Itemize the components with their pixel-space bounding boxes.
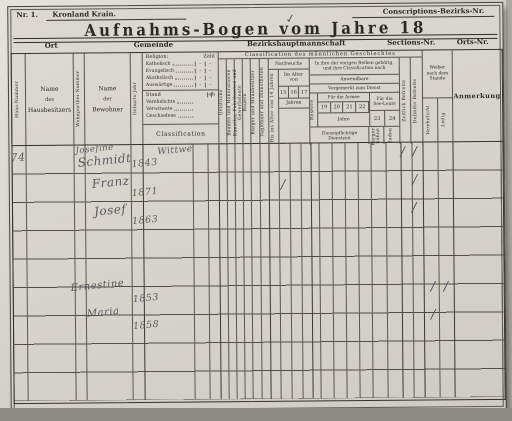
weiber-title: Weiber nach dem Stande	[423, 50, 452, 98]
weiber-ledig-col: Ledig	[438, 98, 453, 141]
stand-box: Stand ab Verehelichte Verwitwete Geschie…	[143, 90, 218, 125]
tally-tick: /	[431, 280, 436, 293]
armee-age-cells: 19 20 21 22	[318, 102, 369, 113]
ort-label: Ort	[13, 40, 90, 51]
body-column-line	[143, 145, 195, 400]
table-body: 74 Josefine Schmidt 1843 Wittwe Franz 18…	[12, 142, 504, 401]
religion-zahl-label: Zahl	[203, 53, 214, 59]
census-form-sheet: Nr. 1. Kronland Krain. Conscriptions-Bez…	[7, 2, 507, 414]
tally-tick: /	[444, 280, 449, 293]
age-cell: 16	[289, 87, 300, 98]
religion-box: Religion: Zahl Katholisch–– Evangelisch–…	[143, 52, 218, 91]
tally-tick: /	[400, 146, 405, 159]
juden-col: Juden	[384, 127, 399, 144]
armee-label: Für die Armee	[318, 93, 369, 102]
census-table: Haus-Nummer Name des Hausbesitzers Wohnp…	[11, 49, 506, 404]
jahren-label: Jahren	[279, 99, 310, 109]
bezirkshauptmannschaft-label: Bezirkshauptmannschaft	[217, 38, 376, 49]
handwritten-house-number: 74	[10, 150, 26, 164]
anmerkung-header: Anmerkung	[453, 50, 502, 141]
orts-nr-label: Orts-Nr.	[447, 37, 499, 47]
weiber-block: Weiber nach dem Stande Verehelicht Ledig	[423, 50, 454, 141]
classification-footer-label: Classification	[143, 124, 218, 144]
tally-tick: /	[412, 146, 417, 159]
form-number: Nr. 1.	[16, 10, 38, 19]
stand-row: Geschiedene	[143, 111, 218, 119]
gemeinde-label: Gemeinde	[90, 39, 217, 50]
befreite-block: Zeitlich Befreite Definitiv Befreite	[400, 58, 423, 144]
age-cell: 21	[344, 102, 357, 112]
reihen-title: In ihre der vorigen Reihen gehörig, und …	[310, 58, 399, 76]
body-column-line	[26, 146, 76, 401]
col-header-hausbesitzer: Name des Hausbesitzers	[26, 54, 75, 145]
age-cell: 23	[370, 111, 385, 126]
religion-row: Auswärtige––	[143, 80, 218, 88]
age-cell: 17	[299, 87, 309, 98]
col-header-geburts-jahr: Geburts-Jahr	[131, 53, 144, 144]
nachwuchs-title: Nachwuchs	[268, 59, 309, 70]
definitiv-befreite-col: Definitiv Befreite	[411, 58, 423, 144]
col-header-wohnpartei-nummer: Wohnparthei-Nummer	[74, 53, 86, 144]
male-classification-block: Classification des männlichen Geschlecht…	[219, 51, 424, 144]
nachwuchs-age-cells: 15 16 17	[278, 87, 309, 99]
weiber-verehelicht-col: Verehelicht	[423, 98, 438, 141]
tally-tick: /	[412, 202, 417, 215]
table-header: Haus-Nummer Name des Hausbesitzers Wohnp…	[12, 50, 503, 146]
jahre-label: Jahre	[318, 113, 369, 126]
sections-nr-label: Sections-Nr.	[376, 37, 447, 48]
age-cell: 24	[385, 111, 399, 126]
age-cell: 19	[318, 102, 331, 112]
col-header-bewohner: Name der Bewohner	[85, 53, 132, 144]
tally-tick: /	[281, 179, 286, 192]
age-cell: 22	[356, 102, 369, 112]
im-alter-von-label: Im Alter von	[278, 70, 309, 87]
nachwuchs-block: Nachwuchs Bis ins Alter von 14 Jahren Im…	[268, 59, 310, 145]
dienstzeit-label: Dienstpflichtige Dienstzeit	[310, 127, 369, 145]
nachwuchs-bis14-col: Bis ins Alter von 14 Jahren	[268, 70, 279, 145]
buerger-soehne-col: Bürger-Söhne	[370, 127, 385, 144]
age-cell: 15	[278, 87, 289, 98]
religion-title: Religion:	[146, 54, 169, 60]
age-cell: 20	[331, 102, 344, 112]
see-leute-label: Für die See-Leute	[370, 93, 399, 111]
zeitlich-befreite-col: Zeitlich Befreite	[400, 58, 412, 144]
body-column-line	[453, 142, 503, 397]
religion-stand-box: Religion: Zahl Katholisch–– Evangelisch–…	[143, 52, 220, 144]
col-header-haus-nummer: Haus-Nummer	[12, 54, 27, 145]
tally-tick: /	[413, 174, 418, 187]
scanned-census-document: Nr. 1. Kronland Krain. Conscriptions-Bez…	[0, 0, 512, 421]
tally-tick: /	[431, 308, 436, 321]
stand-title: Stand	[146, 92, 161, 98]
see-age-cells: 23 24	[370, 111, 399, 126]
reihen-block: In ihre der vorigen Reihen gehörig, und …	[310, 58, 401, 145]
